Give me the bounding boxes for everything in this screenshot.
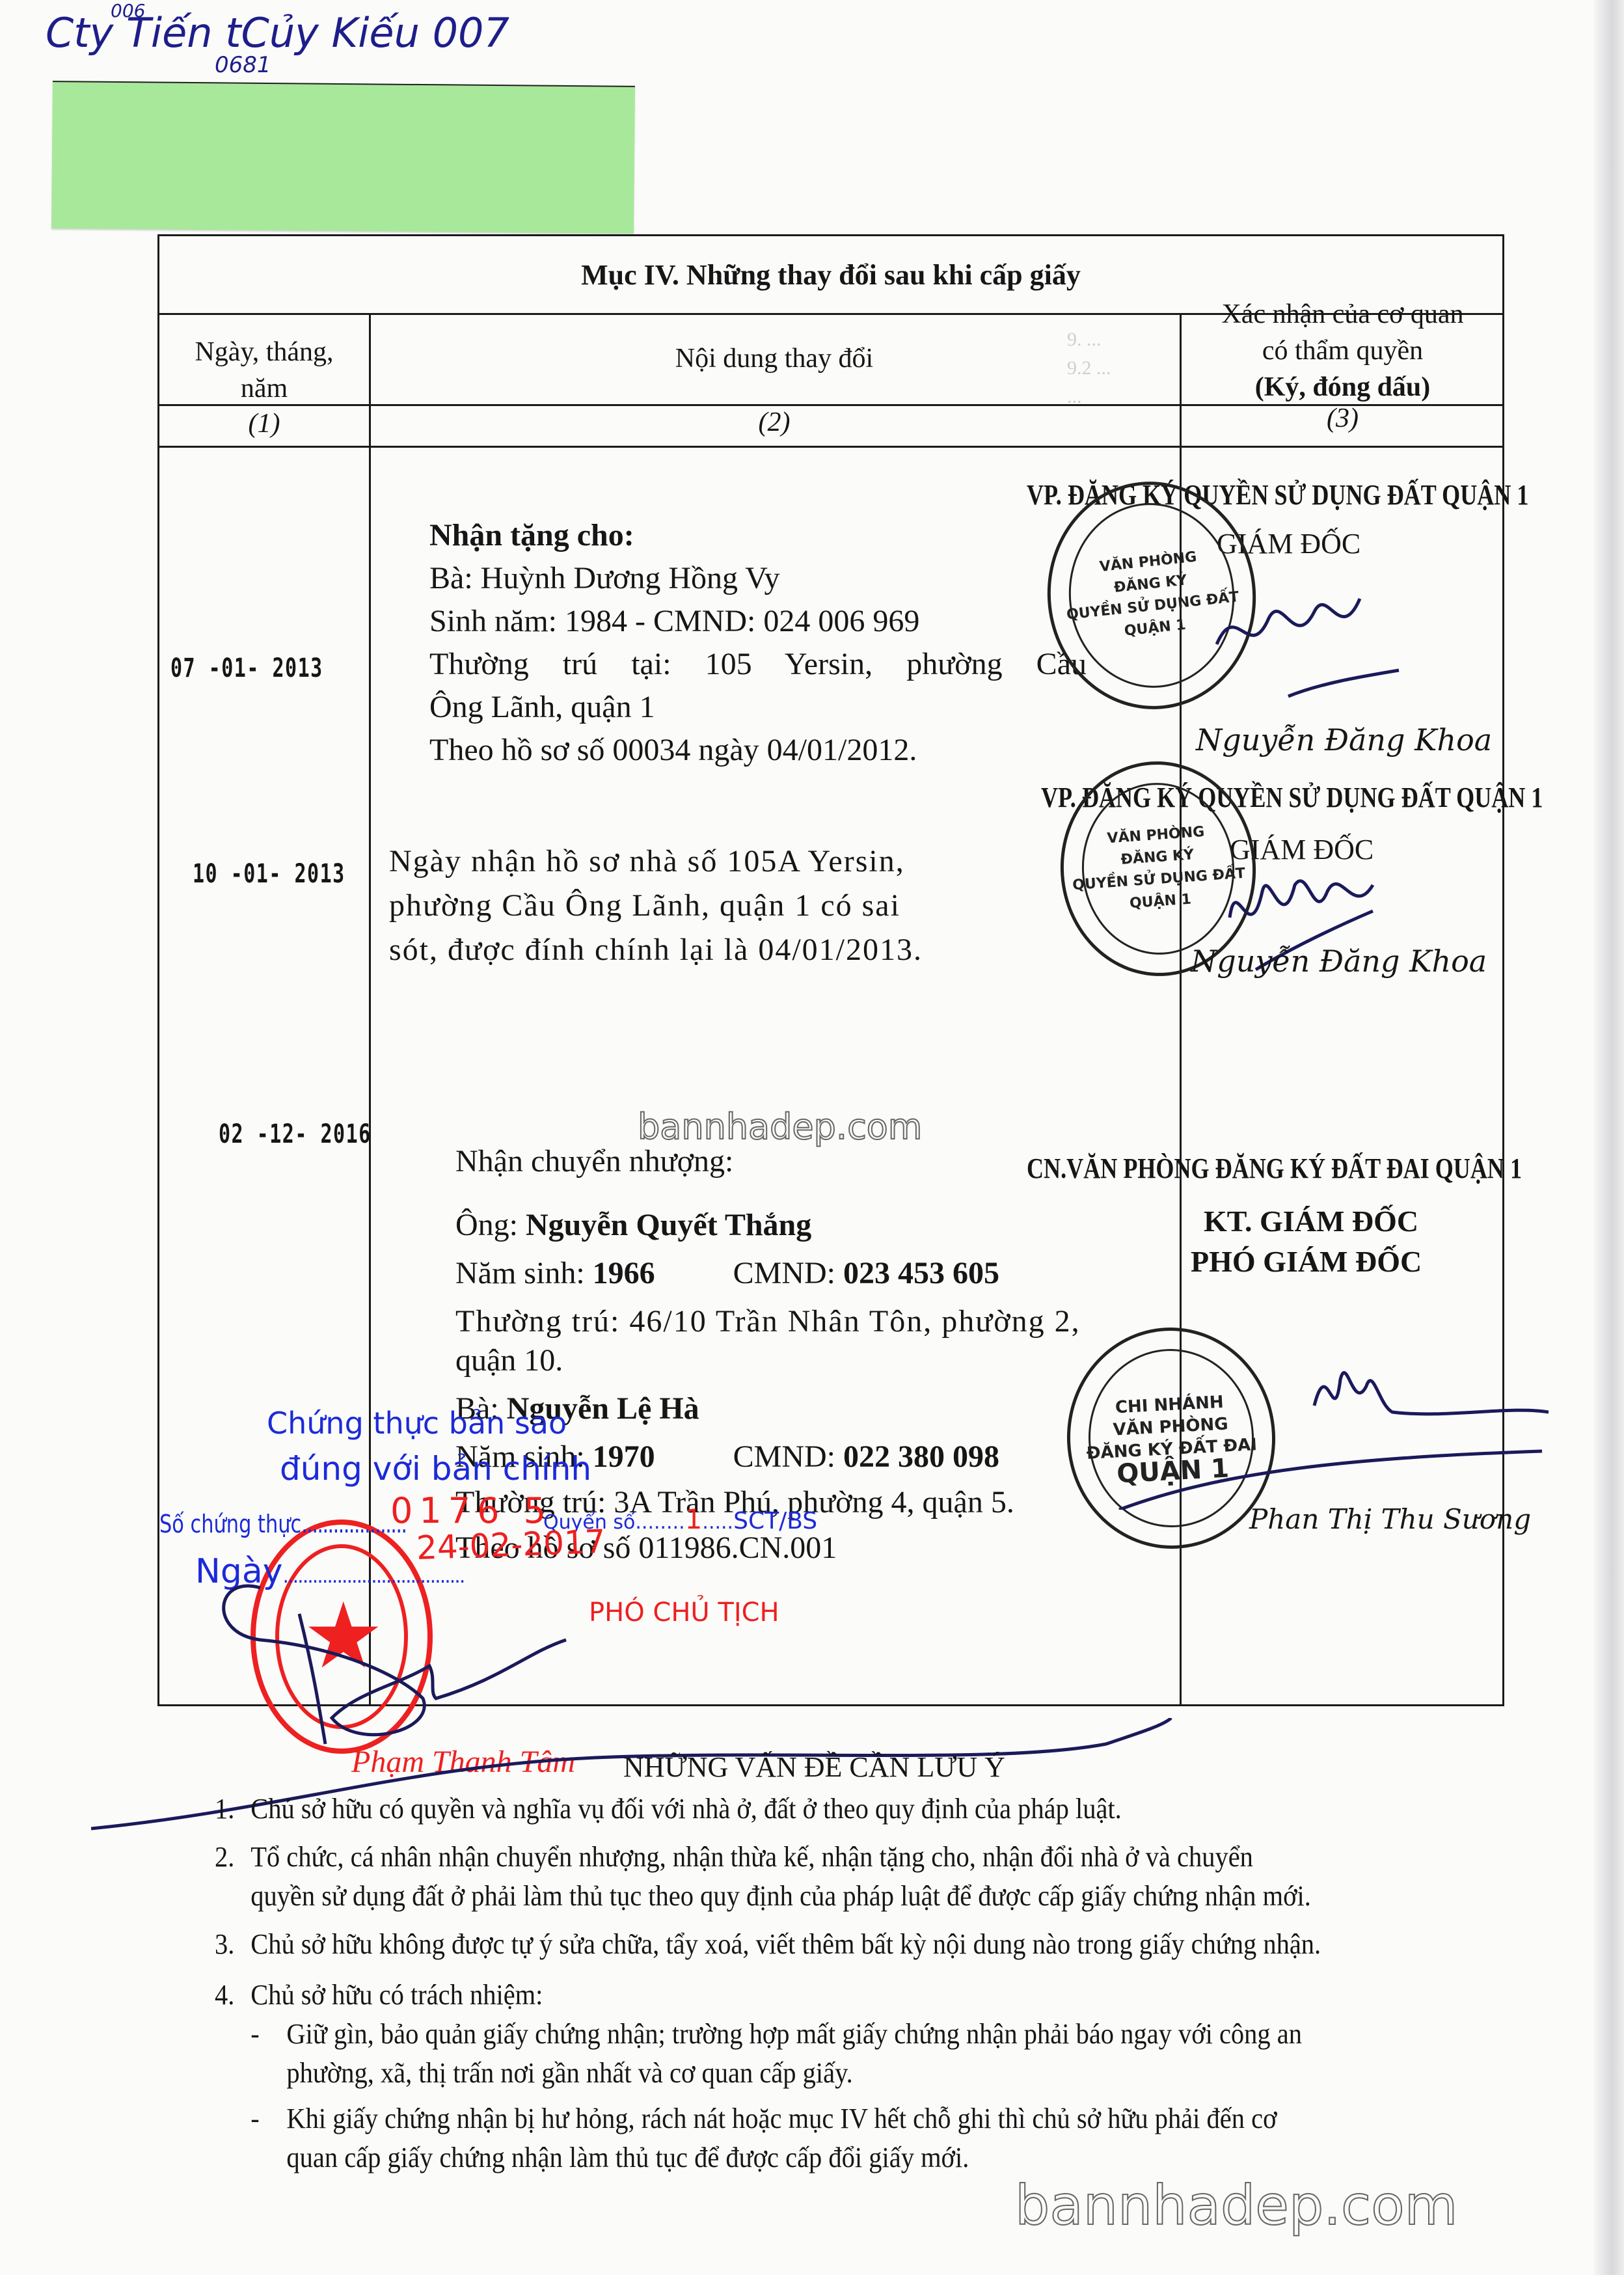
label: Số chứng thực: [159, 1510, 301, 1538]
entry-2-line: sót, được đính chính lại là 04/01/2013.: [389, 928, 1079, 972]
book-value: 1: [685, 1503, 703, 1535]
note-item-4: 4. Chủ sở hữu có trách nhiệm:: [215, 1976, 1442, 2015]
note-line: quyền sử dụng đất ở phải làm thủ tục the…: [250, 1877, 1311, 1916]
entry-1-signature: [1210, 573, 1418, 716]
entry-1-signer: Nguyễn Đăng Khoa: [1196, 722, 1492, 757]
notes-list: 1. Chủ sở hữu có quyền và nghĩa vụ đối v…: [215, 1790, 1442, 2177]
entry-3-person1-address2: quận 10.: [455, 1341, 1145, 1380]
note-number: 4.: [215, 1976, 250, 2015]
note-text: Chủ sở hữu có quyền và nghĩa vụ đối với …: [250, 1790, 1122, 1829]
entry-2-date: 10 -01- 2013: [193, 859, 345, 889]
entry-3-person1-address: Thường trú: 46/10 Trần Nhân Tôn, phường …: [455, 1302, 1145, 1341]
note-number: 2.: [215, 1838, 250, 1916]
note-text: Chủ sở hữu có trách nhiệm:: [250, 1976, 543, 2015]
entry-1-line: Sinh năm: 1984 - CMND: 024 006 969: [429, 600, 1087, 643]
entry-2-line: phường Cầu Ông Lãnh, quận 1 có sai: [389, 884, 1079, 928]
sticky-note-redaction: [51, 81, 635, 234]
certification-line2: đúng với bản chính: [280, 1450, 591, 1488]
handwritten-note-line2: 0681: [215, 52, 271, 78]
person2-birth: 1970: [593, 1439, 655, 1474]
note-subitem-2: - Khi giấy chứng nhận bị hư hỏng, rách n…: [250, 2099, 1442, 2177]
column-number-1: (1): [159, 408, 369, 439]
entry-3-signature: [1093, 1341, 1562, 1510]
certification-line1: Chứng thực bản sao: [267, 1406, 567, 1441]
label: CMND:: [733, 1256, 843, 1290]
seal-line: VĂN PHÒNG: [1107, 821, 1206, 850]
seal-line: ĐĂNG KÝ: [1113, 569, 1188, 599]
certification-date-value: 24-02-2017: [416, 1523, 606, 1567]
note-item-1: 1. Chủ sở hữu có quyền và nghĩa vụ đối v…: [215, 1790, 1442, 1829]
header-confirm: Xác nhận của cơ quan có thẩm quyền (Ký, …: [1182, 296, 1504, 405]
entry-3-title1: KT. GIÁM ĐỐC: [1204, 1204, 1418, 1238]
table-rule: [159, 446, 1502, 448]
label: CMND:: [733, 1439, 843, 1474]
entry-2-content: Ngày nhận hồ sơ nhà số 105A Yersin, phườ…: [389, 839, 1079, 972]
header-date-line1: Ngày, tháng,: [159, 334, 369, 370]
note-line: Khi giấy chứng nhận bị hư hỏng, rách nát…: [286, 2099, 1277, 2138]
note-text: Tổ chức, cá nhân nhận chuyển nhượng, nhậ…: [250, 1838, 1311, 1916]
note-text: Giữ gìn, bảo quản giấy chứng nhận; trườn…: [286, 2015, 1302, 2093]
entry-1-line: Theo hồ sơ số 00034 ngày 04/01/2012.: [429, 729, 1087, 772]
person1-id: 023 453 605: [843, 1256, 999, 1290]
note-text: Chủ sở hữu không được tự ý sửa chữa, tẩy…: [250, 1925, 1321, 1964]
entry-1-line: Thường trú tại: 105 Yersin, phường Cầu: [429, 643, 1087, 686]
note-number: 1.: [215, 1790, 250, 1829]
seal-line: VĂN PHÒNG: [1098, 547, 1198, 579]
header-date-line2: năm: [159, 370, 369, 407]
header-confirm-line3: (Ký, đóng dấu): [1182, 369, 1504, 405]
entry-3-date: 02 -12- 2016: [219, 1119, 372, 1149]
seal-line: QUẬN 1: [1123, 614, 1187, 643]
person2-id: 022 380 098: [843, 1439, 999, 1474]
entry-3-person1-ids: Năm sinh: 1966 CMND: 023 453 605: [455, 1254, 1145, 1293]
note-item-3: 3. Chủ sở hữu không được tự ý sửa chữa, …: [215, 1925, 1442, 1964]
book-suffix: SCT/BS: [733, 1508, 817, 1534]
bullet: -: [250, 2015, 286, 2093]
column-divider-1: [369, 313, 371, 1704]
note-line: Tổ chức, cá nhân nhận chuyển nhượng, nhậ…: [250, 1838, 1311, 1877]
page-edge-shadow: [1594, 0, 1624, 2275]
note-item-2: 2. Tổ chức, cá nhân nhận chuyển nhượng, …: [215, 1838, 1442, 1916]
seal-line: ĐĂNG KÝ: [1120, 844, 1195, 871]
bullet: -: [250, 2099, 286, 2177]
entry-1-line: Ông Lãnh, quận 1: [429, 686, 1087, 729]
entry-3-title2: PHÓ GIÁM ĐỐC: [1191, 1244, 1422, 1279]
header-content: Nội dung thay đổi: [369, 340, 1180, 377]
entry-2-signer: Nguyễn Đăng Khoa: [1191, 944, 1487, 979]
header-confirm-line1: Xác nhận của cơ quan: [1182, 296, 1504, 333]
header-date: Ngày, tháng, năm: [159, 334, 369, 407]
entry-1-heading: Nhận tặng cho:: [429, 514, 1087, 557]
note-number: 3.: [215, 1925, 250, 1964]
note-line: Giữ gìn, bảo quản giấy chứng nhận; trườn…: [286, 2015, 1302, 2054]
table-title: Mục IV. Những thay đổi sau khi cấp giấy: [159, 258, 1502, 292]
certification-number-label: Số chứng thực....................: [159, 1510, 406, 1538]
entry-2-line: Ngày nhận hồ sơ nhà số 105A Yersin,: [389, 839, 1079, 884]
handwritten-superscript: 006: [111, 0, 145, 21]
note-subitem-1: - Giữ gìn, bảo quản giấy chứng nhận; trư…: [250, 2015, 1442, 2093]
label: Ông:: [455, 1208, 526, 1242]
entry-1-content: Nhận tặng cho: Bà: Huỳnh Dương Hồng Vy S…: [429, 514, 1087, 772]
entry-3-person1-name: Ông: Nguyễn Quyết Thắng: [455, 1206, 1145, 1245]
entry-1-date: 07 -01- 2013: [170, 653, 323, 683]
seal-line: QUẬN 1: [1129, 889, 1192, 916]
column-number-2: (2): [369, 407, 1180, 438]
entry-3-office: CN.VĂN PHÒNG ĐĂNG KÝ ĐẤT ĐAI QUẬN 1: [1027, 1152, 1522, 1185]
note-line: quan cấp giấy chứng nhận làm thủ tục để …: [286, 2138, 1277, 2177]
notes-title: NHỮNG VẤN ĐỀ CẦN LƯU Ý: [623, 1751, 1005, 1784]
column-number-3: (3): [1182, 403, 1504, 434]
watermark-bottom: bannhadep.com: [1015, 2173, 1457, 2237]
header-confirm-line2: có thẩm quyền: [1182, 333, 1504, 369]
note-line: phường, xã, thị trấn nơi gần nhất và cơ …: [286, 2054, 1302, 2093]
person1-birth: 1966: [593, 1256, 655, 1290]
watermark-center: bannhadep.com: [638, 1106, 922, 1147]
entry-1-line: Bà: Huỳnh Dương Hồng Vy: [429, 557, 1087, 600]
label: Năm sinh:: [455, 1256, 593, 1290]
note-text: Khi giấy chứng nhận bị hư hỏng, rách nát…: [286, 2099, 1277, 2177]
entry-3-signer: Phan Thị Thu Sương: [1249, 1503, 1531, 1535]
person1-name: Nguyễn Quyết Thắng: [526, 1208, 811, 1242]
